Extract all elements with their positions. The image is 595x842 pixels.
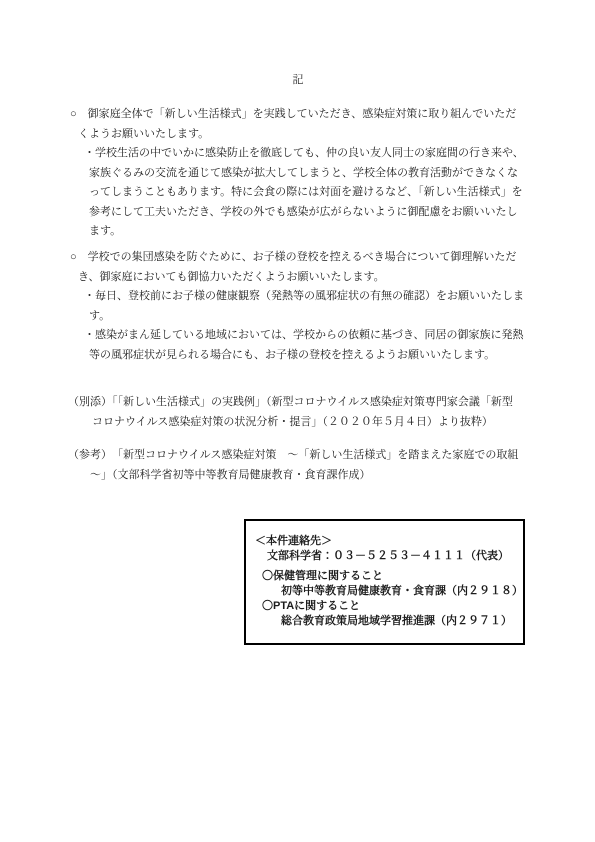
text-line: ～」（文部科学省初等中等教育局健康教育・食育課作成） (90, 466, 546, 486)
text-line: す。 (89, 307, 545, 327)
text-line: ○ 御家庭全体で「新しい生活様式」を実践していただき、感染症対策に取り組んでいた… (70, 105, 534, 125)
text-line: ○ 学校での集団感染を防ぐために、お子様の登校を控えるべき場合について御理解いた… (70, 248, 534, 268)
text-line: ってしまうこともあります。特に会食の際には対面を避けるなど、「新しい生活様式」を (89, 183, 545, 203)
contact-item-pta-label: 〇PTAに関すること (246, 599, 523, 614)
bullet-family-fever-restraint: ・感染がまん延している地域においては、学校からの依頼に基づき、同居の御家族に発熱… (70, 326, 545, 365)
text-line: コロナウイルス感染症対策の状況分析・提言」（２０２０年５月４日）より抜粋） (92, 413, 548, 433)
text-line: 等の風邪症状が見られる場合にも、お子様の登校を控えるようお願いいたします。 (89, 346, 545, 366)
contact-phone: 文部科学省：０３－５２５３－４１１１（代表） (246, 549, 523, 564)
remark-heading: 記 (70, 71, 526, 91)
text-line: （別添）「「新しい生活様式」の実践例」（新型コロナウイルス感染症対策専門家会議「… (68, 393, 548, 413)
text-line: くようお願いいたします。 (78, 125, 534, 145)
bullet-daily-health-check: ・毎日、登校前にお子様の健康観察（発熱等の風邪症状の有無の確認）をお願いいたしま… (70, 287, 545, 326)
text-line: ます。 (89, 222, 545, 242)
reference-note: （参考） 「新型コロナウイルス感染症対策 ～「新しい生活様式」を踏まえた家庭での… (70, 446, 546, 485)
contact-item-pta-detail: 総合教育政策局地域学習推進課（内２９７１） (246, 614, 523, 629)
contact-box-title: ＜本件連絡先＞ (246, 534, 523, 549)
document-page: 記 ○ 御家庭全体で「新しい生活様式」を実践していただき、感染症対策に取り組んで… (0, 0, 595, 842)
paragraph-household-practice: ○ 御家庭全体で「新しい生活様式」を実践していただき、感染症対策に取り組んでいた… (70, 105, 534, 144)
text-line: き、御家庭においても御協力いただくようお願いいたします。 (78, 268, 534, 288)
attachment-note: （別添）「「新しい生活様式」の実践例」（新型コロナウイルス感染症対策専門家会議「… (70, 393, 548, 432)
text-line: ・感染がまん延している地域においては、学校からの依頼に基づき、同居の御家族に発熱 (84, 326, 545, 346)
text-line: 家族ぐるみの交流を通じて感染が拡大してしまうと、学校全体の教育活動ができなくな (89, 164, 545, 184)
text-line: ・毎日、登校前にお子様の健康観察（発熱等の風邪症状の有無の確認）をお願いいたしま (84, 287, 545, 307)
bullet-school-life-caution: ・学校生活の中でいかに感染防止を徹底しても、仲の良い友人同士の家庭間の行き来や、… (70, 144, 545, 242)
text-line: （参考） 「新型コロナウイルス感染症対策 ～「新しい生活様式」を踏まえた家庭での… (68, 446, 546, 466)
contact-item-health-detail: 初等中等教育局健康教育・食育課（内２９１８） (246, 584, 523, 599)
text-line: ・学校生活の中でいかに感染防止を徹底しても、仲の良い友人同士の家庭間の行き来や、 (84, 144, 545, 164)
paragraph-attendance-restraint: ○ 学校での集団感染を防ぐために、お子様の登校を控えるべき場合について御理解いた… (70, 248, 534, 287)
contact-item-health-label: 〇保健管理に関すること (246, 569, 523, 584)
text-line: 参考にして工夫いただき、学校の外でも感染が広がらないように御配慮をお願いいたし (89, 203, 545, 223)
contact-box: ＜本件連絡先＞ 文部科学省：０３－５２５３－４１１１（代表） 〇保健管理に関する… (244, 519, 525, 645)
